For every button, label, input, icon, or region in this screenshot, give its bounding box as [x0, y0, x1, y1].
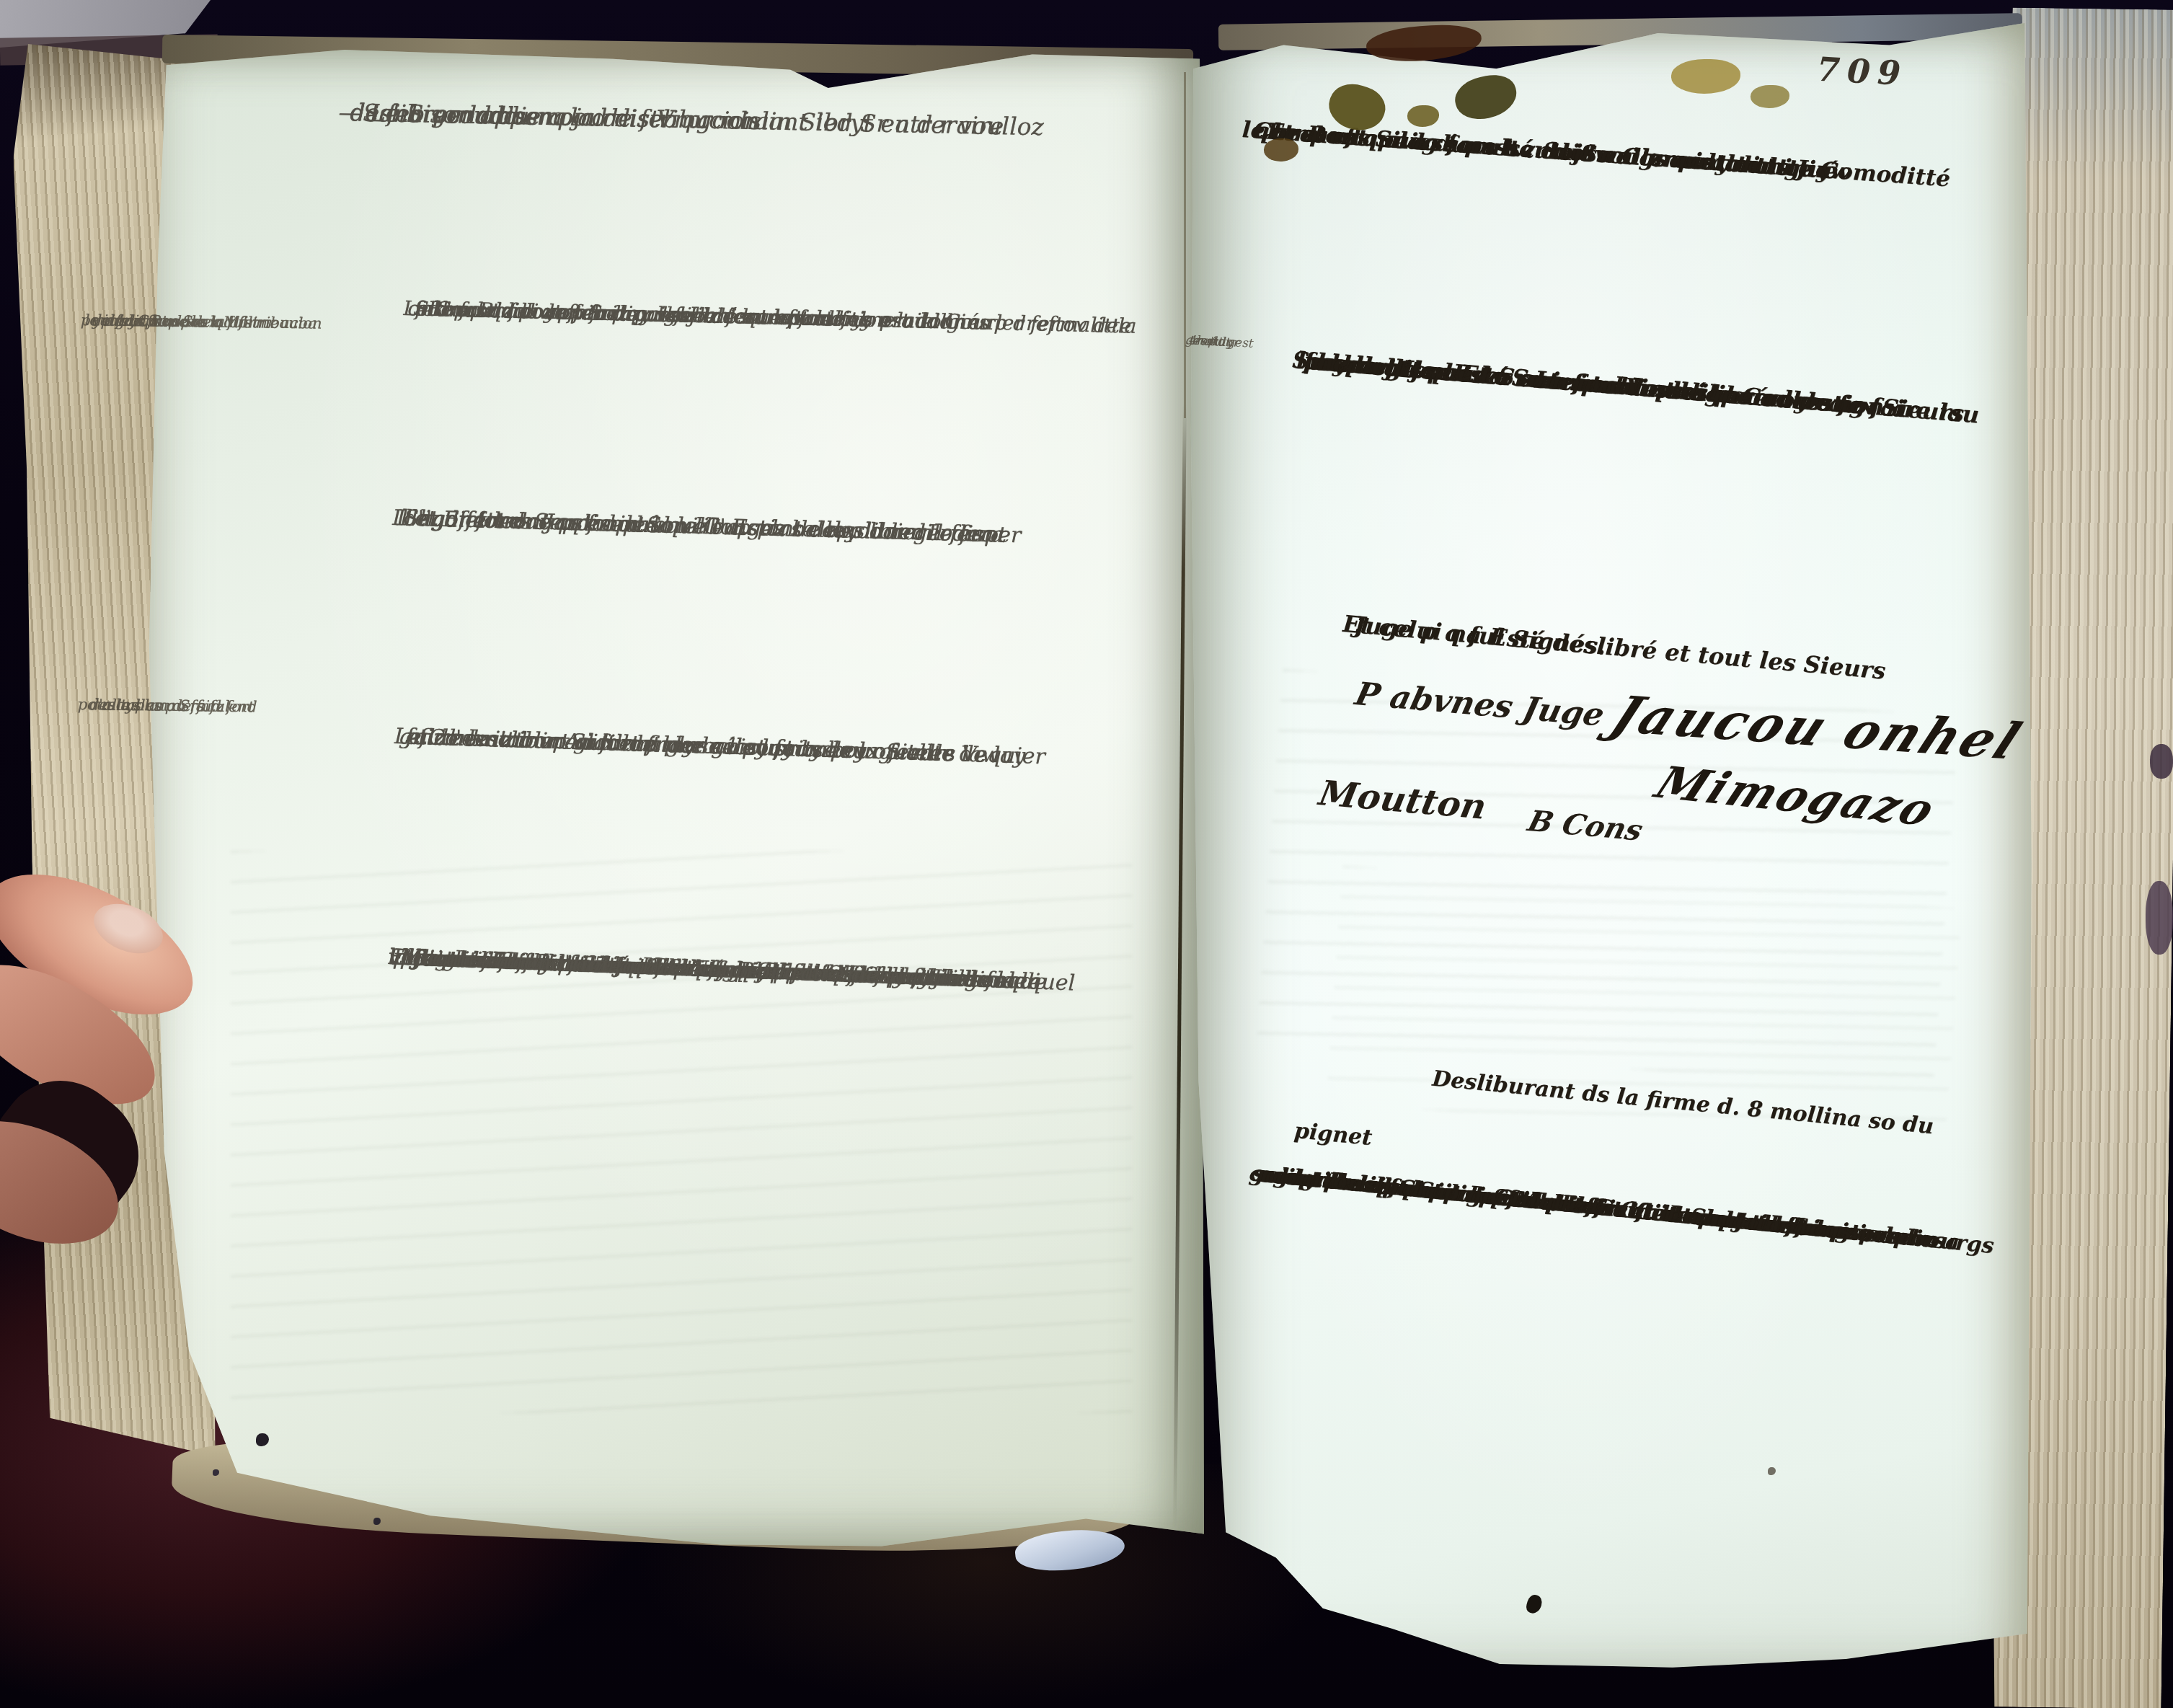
manuscript-line: Il l'admittront aux opdrer: [397, 499, 677, 545]
manuscript-photo: — Le Sigond du moja de feb prochain Sibr…: [0, 0, 2173, 1708]
manuscript-line: tulyr: [1209, 329, 1240, 355]
manuscript-line: deslibree ladissna: [350, 92, 568, 136]
manuscript-line: .4: [1185, 328, 1198, 353]
page-edge-stain: [2146, 881, 2173, 955]
manuscript-line: a la Cour: [105, 306, 175, 335]
page-number: 709: [1816, 50, 1909, 94]
hand: [0, 869, 216, 1258]
manuscript-line: d'alles: [89, 691, 138, 719]
page-edge-stain: [2150, 744, 2173, 779]
ink-bleedthrough: [231, 851, 1132, 1413]
gutter-crease: [1184, 72, 1186, 418]
